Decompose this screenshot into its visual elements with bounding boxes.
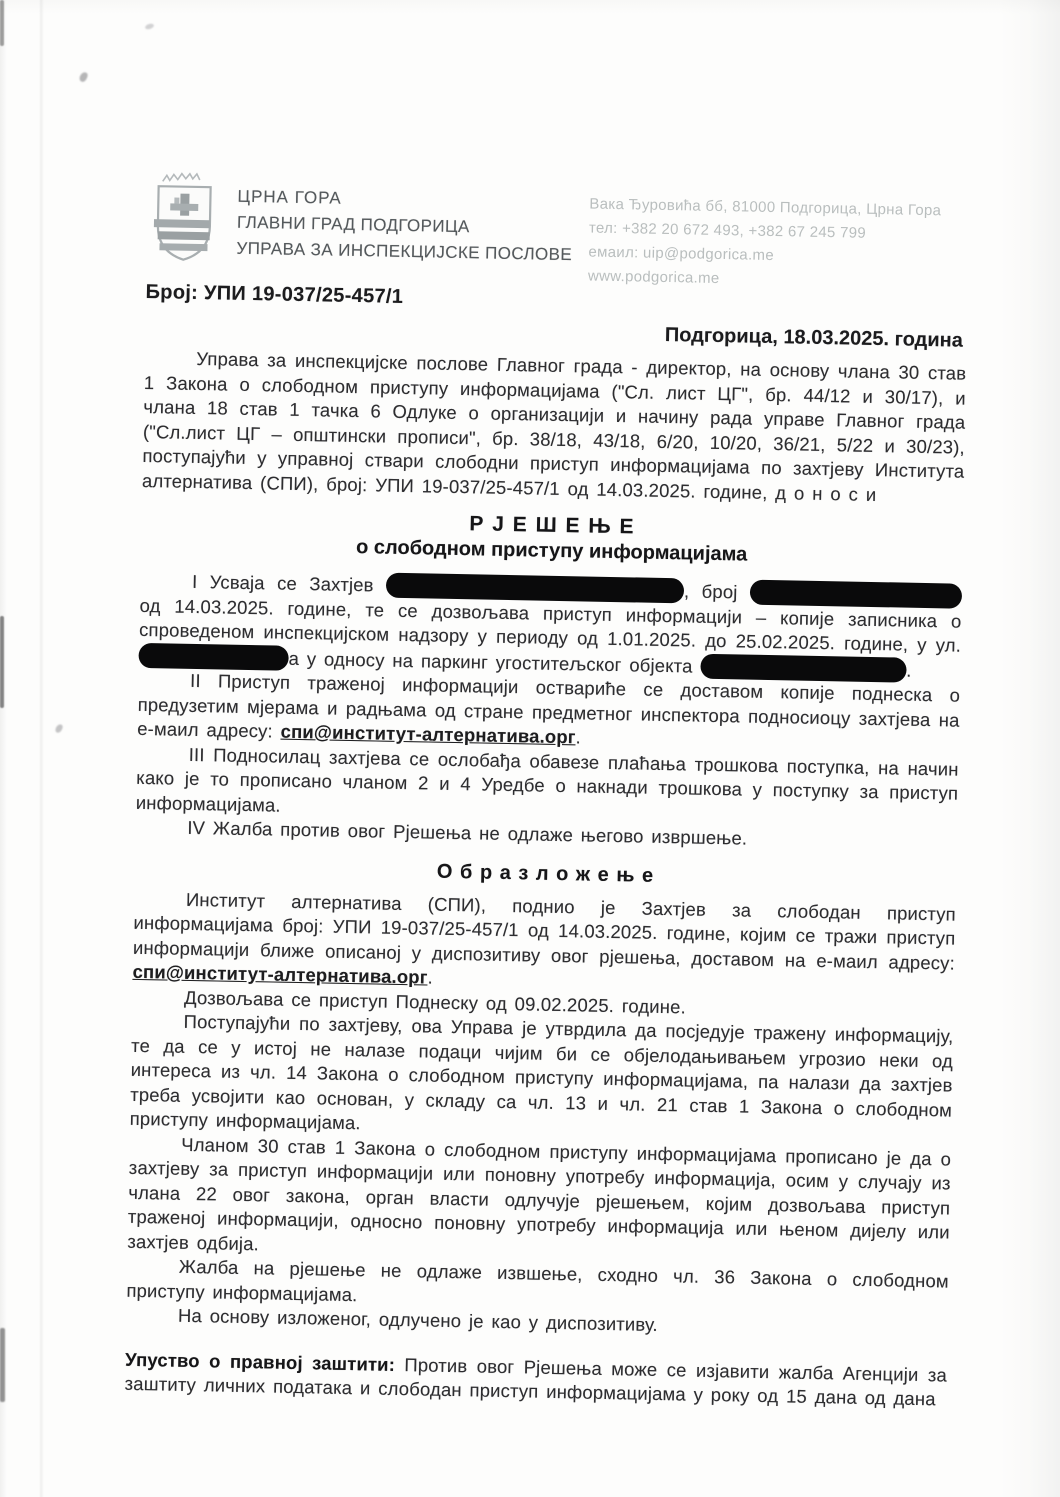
decision-item-1-text: I Усваја се Захтјев <box>192 571 386 596</box>
scanned-document-page: ЦРНА ГОРА ГЛАВНИ ГРАД ПОДГОРИЦА УПРАВА З… <box>0 0 1060 1497</box>
rationale-heading: О б р а з л о ж е њ е <box>134 854 956 893</box>
rationale-paragraph: Институт алтернатива (СПИ), поднио је За… <box>132 886 956 1000</box>
rationale-paragraph-text: . <box>427 967 433 988</box>
scan-edge-artifact <box>0 616 4 708</box>
decision-item-1: I Усваја се Захтјев , број од 14.03.2025… <box>138 568 962 684</box>
redaction-bar <box>386 573 684 604</box>
rationale-paragraph: Чланом 30 став 1 Закона о слободном прис… <box>127 1131 951 1269</box>
org-line-department: УПРАВА ЗА ИНСПЕКЦИЈСКЕ ПОСЛОВЕ <box>236 236 572 268</box>
letterhead: ЦРНА ГОРА ГЛАВНИ ГРАД ПОДГОРИЦА УПРАВА З… <box>146 168 970 287</box>
decision-item-1-text: . <box>906 659 912 680</box>
scan-speck-artifact <box>78 71 88 83</box>
intro-paragraph: Управа за инспекцијске послове Главног г… <box>142 346 967 509</box>
redaction-bar <box>138 642 288 670</box>
redaction-bar <box>750 580 962 609</box>
legal-remedy-label: Упуство о правној заштити: <box>125 1348 395 1374</box>
scan-edge-artifact <box>0 1328 5 1402</box>
rationale-paragraph: Поступајући по захтјеву, ова Управа је у… <box>130 1009 954 1147</box>
rationale-paragraph-text: Институт алтернатива (СПИ), поднио је За… <box>133 888 956 973</box>
redaction-bar <box>700 653 906 682</box>
decision-item-2-text: . <box>575 726 581 747</box>
scan-speck-artifact <box>144 23 154 31</box>
organization-block: ЦРНА ГОРА ГЛАВНИ ГРАД ПОДГОРИЦА УПРАВА З… <box>236 170 573 268</box>
decision-item-1-text: , број <box>684 580 750 602</box>
podgorica-coat-of-arms-icon <box>146 168 222 272</box>
contact-block: Вака Ђуровића бб, 81000 Подгорица, Црна … <box>588 192 942 295</box>
scan-speck-artifact <box>54 723 64 734</box>
requester-email: спи@институт-алтернатива.орг <box>280 721 575 748</box>
scan-edge-artifact <box>0 0 4 46</box>
requester-email: спи@институт-алтернатива.орг <box>132 961 427 988</box>
legal-remedy-paragraph: Упуство о правној заштити: Против овог Р… <box>124 1347 947 1412</box>
document-content: ЦРНА ГОРА ГЛАВНИ ГРАД ПОДГОРИЦА УПРАВА З… <box>124 168 969 1412</box>
dateline: Подгорица, 18.03.2025. година <box>145 314 967 353</box>
